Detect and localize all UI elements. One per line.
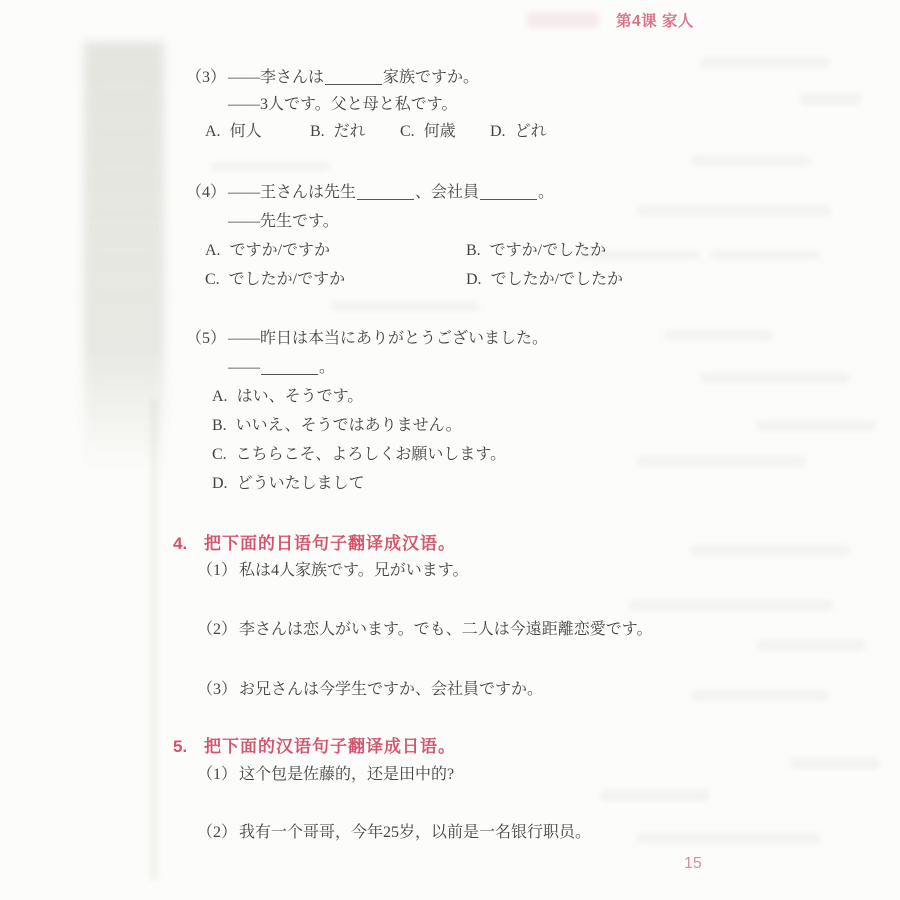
item-text: 李さんは恋人がいます。でも、二人は今遠距離恋愛です。: [239, 621, 652, 638]
option-item: A.何人: [205, 118, 310, 145]
option-label: C.: [400, 123, 415, 140]
question-text: ——: [228, 359, 260, 376]
item-text: 我有一个哥哥，今年25岁，以前是一名银行职员。: [239, 824, 591, 841]
question-text: ——先生です。: [228, 213, 339, 230]
item-text: お兄さんは今学生ですか、会社員ですか。: [239, 681, 543, 698]
question-text: ——李さんは: [228, 69, 324, 86]
option-item: A.ですか/ですか: [205, 236, 466, 265]
exercise-content: （3）——李さんは家族ですか。——3人です。父と母と私です。A.何人B.だれC.…: [0, 0, 900, 900]
page-number: 15: [684, 854, 702, 874]
section-number: 4.: [173, 532, 204, 556]
question-block: （5）——昨日は本当にありがとうございました。——。A.はい、そうです。B.いい…: [186, 324, 548, 498]
question-number: （5）: [186, 324, 228, 353]
option-label: D.: [466, 271, 482, 288]
option-text: ですか/ですか: [230, 242, 330, 259]
question-line: ——3人です。父と母と私です。: [186, 91, 610, 118]
translation-item: （2）李さんは恋人がいます。でも、二人は今遠距離恋愛です。: [197, 617, 652, 643]
option-text: ですか/でしたか: [490, 242, 606, 259]
option-label: C.: [212, 446, 227, 463]
item-number: （2）: [197, 621, 237, 638]
option-label: B.: [212, 417, 227, 434]
option-item: D.どれ: [490, 118, 610, 145]
option-label: B.: [466, 242, 481, 259]
option-item: D.でしたか/でしたか: [466, 265, 623, 294]
option-text: どういたしまして: [237, 475, 365, 492]
blank-underline: [357, 197, 414, 200]
question-text: 。: [319, 359, 335, 376]
item-text: 私は4人家族です。兄がいます。: [239, 562, 468, 579]
question-line: （4）——王さんは先生、会社員。: [186, 178, 623, 207]
option-text: どれ: [515, 123, 547, 140]
option-item: B.いいえ、そうではありません。: [186, 411, 548, 440]
option-item: B.だれ: [310, 118, 400, 145]
blank-underline: [261, 372, 318, 375]
question-block: （4）——王さんは先生、会社員。——先生です。A.ですか/ですかB.ですか/でし…: [186, 178, 623, 294]
item-number: （2）: [197, 824, 237, 841]
option-item: B.ですか/でしたか: [466, 236, 623, 265]
option-text: いいえ、そうではありません。: [236, 417, 462, 434]
question-text: ——3人です。父と母と私です。: [228, 96, 457, 113]
option-label: D.: [490, 123, 506, 140]
option-item: C.こちらこそ、よろしくお願いします。: [186, 440, 548, 469]
options-row: A.ですか/ですかB.ですか/でしたかC.でしたか/ですかD.でしたか/でしたか: [186, 236, 623, 294]
option-label: A.: [205, 123, 221, 140]
translation-item: （2）我有一个哥哥，今年25岁，以前是一名银行职员。: [197, 820, 591, 846]
item-number: （1）: [197, 562, 237, 579]
question-text: ——王さんは先生: [228, 184, 356, 201]
question-text: ——昨日は本当にありがとうございました。: [228, 330, 548, 347]
section-title: 5.把下面的汉语句子翻译成日语。: [173, 735, 456, 759]
translation-item: （1）私は4人家族です。兄がいます。: [197, 558, 468, 584]
question-number: （3）: [186, 64, 228, 91]
question-line: ——先生です。: [186, 207, 623, 236]
section-title: 4.把下面的日语句子翻译成汉语。: [173, 532, 456, 556]
section-title-text: 把下面的汉语句子翻译成日语。: [204, 737, 456, 756]
option-text: でしたか/ですか: [229, 271, 345, 288]
option-text: こちらこそ、よろしくお願いします。: [236, 446, 506, 463]
option-text: でしたか/でしたか: [491, 271, 623, 288]
option-item: A.はい、そうです。: [186, 382, 548, 411]
option-text: 何歳: [424, 123, 456, 140]
question-number: （4）: [186, 178, 228, 207]
translation-item: （1）这个包是佐藤的，还是田中的?: [197, 762, 454, 788]
book-page: 第4课 家人 （3）——李さんは家族ですか。——3人です。父と母と私です。A.何…: [0, 0, 900, 900]
question-line: （3）——李さんは家族ですか。: [186, 64, 610, 91]
blank-underline: [480, 197, 537, 200]
option-text: はい、そうです。: [237, 388, 364, 405]
option-item: D.どういたしまして: [186, 469, 548, 498]
question-line: （5）——昨日は本当にありがとうございました。: [186, 324, 548, 353]
question-text: 。: [538, 184, 554, 201]
question-line: ——。: [186, 353, 548, 382]
item-number: （1）: [197, 766, 237, 783]
option-label: D.: [212, 475, 228, 492]
item-text: 这个包是佐藤的，还是田中的?: [239, 766, 454, 783]
option-label: B.: [310, 123, 325, 140]
option-label: A.: [205, 242, 221, 259]
question-text: 家族ですか。: [383, 69, 479, 86]
option-item: C.何歳: [400, 118, 490, 145]
question-text: 、会社員: [415, 184, 479, 201]
option-label: C.: [205, 271, 220, 288]
blank-underline: [325, 82, 382, 85]
option-text: だれ: [334, 123, 366, 140]
question-block: （3）——李さんは家族ですか。——3人です。父と母と私です。A.何人B.だれC.…: [186, 64, 610, 145]
option-text: 何人: [230, 123, 262, 140]
options-row: A.何人B.だれC.何歳D.どれ: [186, 118, 610, 145]
section-title-text: 把下面的日语句子翻译成汉语。: [204, 534, 456, 553]
translation-item: （3）お兄さんは今学生ですか、会社員ですか。: [197, 677, 543, 703]
item-number: （3）: [197, 681, 237, 698]
section-number: 5.: [173, 735, 204, 759]
option-item: C.でしたか/ですか: [205, 265, 466, 294]
option-label: A.: [212, 388, 228, 405]
